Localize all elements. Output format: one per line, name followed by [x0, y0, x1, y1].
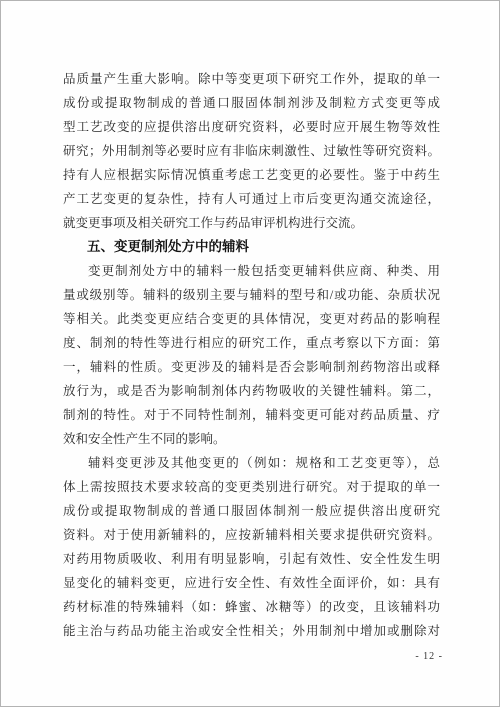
text-line: 型工艺改变的应提供溶出度研究资料，必要时应开展生物等效性: [63, 115, 440, 139]
text-line: 制剂的特性。对于不同特性制剂，辅料变更可能对药品质量、疗: [63, 403, 440, 427]
text-line: 成份或提取物制成的普通口服固体制剂涉及制粒方式变更等成: [63, 91, 440, 115]
text-line: 就变更事项及相关研究工作与药品审评机构进行交流。: [63, 211, 440, 235]
text-line: 品质量产生重大影响。除中等变更项下研究工作外，提取的单一: [63, 67, 440, 91]
document-text: 品质量产生重大影响。除中等变更项下研究工作外，提取的单一成份或提取物制成的普通口…: [63, 67, 440, 643]
document-page: 品质量产生重大影响。除中等变更项下研究工作外，提取的单一成份或提取物制成的普通口…: [0, 0, 500, 707]
text-line: 显变化的辅料变更，应进行安全性、有效性全面评价，如：具有: [63, 571, 440, 595]
text-line: 药材标准的特殊辅料（如：蜂蜜、冰糖等）的改变，且该辅料功: [63, 595, 440, 619]
text-line: 产工艺变更的复杂性，持有人可通过上市后变更沟通交流途径，: [63, 187, 440, 211]
text-line: 一，辅料的性质。变更涉及的辅料是否会影响制剂药物溶出或释: [63, 355, 440, 379]
text-line: 能主治与药品功能主治或安全性相关；外用制剂中增加或删除对: [63, 619, 440, 643]
text-line: 成份或提取物制成的普通口服固体制剂一般应提供溶出度研究: [63, 499, 440, 523]
text-line: 对药用物质吸收、利用有明显影响，引起有效性、安全性发生明: [63, 547, 440, 571]
text-line: 度、制剂的特性等进行相应的研究工作，重点考察以下方面：第: [63, 331, 440, 355]
text-line: 辅料变更涉及其他变更的（例如：规格和工艺变更等），总: [63, 451, 440, 475]
text-line: 资料。对于使用新辅料的，应按新辅料相关要求提供研究资料。: [63, 523, 440, 547]
text-line: 研究；外用制剂等必要时应有非临床刺激性、过敏性等研究资料。: [63, 139, 440, 163]
text-line: 持有人应根据实际情况慎重考虑工艺变更的必要性。鉴于中药生: [63, 163, 440, 187]
text-line: 放行为，或是否为影响制剂体内药物吸收的关键性辅料。第二，: [63, 379, 440, 403]
text-line: 量或级别等。辅料的级别主要与辅料的型号和/或功能、杂质状况: [63, 283, 440, 307]
text-line: 变更制剂处方中的辅料一般包括变更辅料供应商、种类、用: [63, 259, 440, 283]
text-line: 效和安全性产生不同的影响。: [63, 427, 440, 451]
page-number: - 12 -: [415, 651, 443, 662]
text-line: 体上需按照技术要求较高的变更类别进行研究。对于提取的单一: [63, 475, 440, 499]
text-line: 等相关。此类变更应结合变更的具体情况，变更对药品的影响程: [63, 307, 440, 331]
section-heading: 五、变更制剂处方中的辅料: [63, 235, 440, 259]
